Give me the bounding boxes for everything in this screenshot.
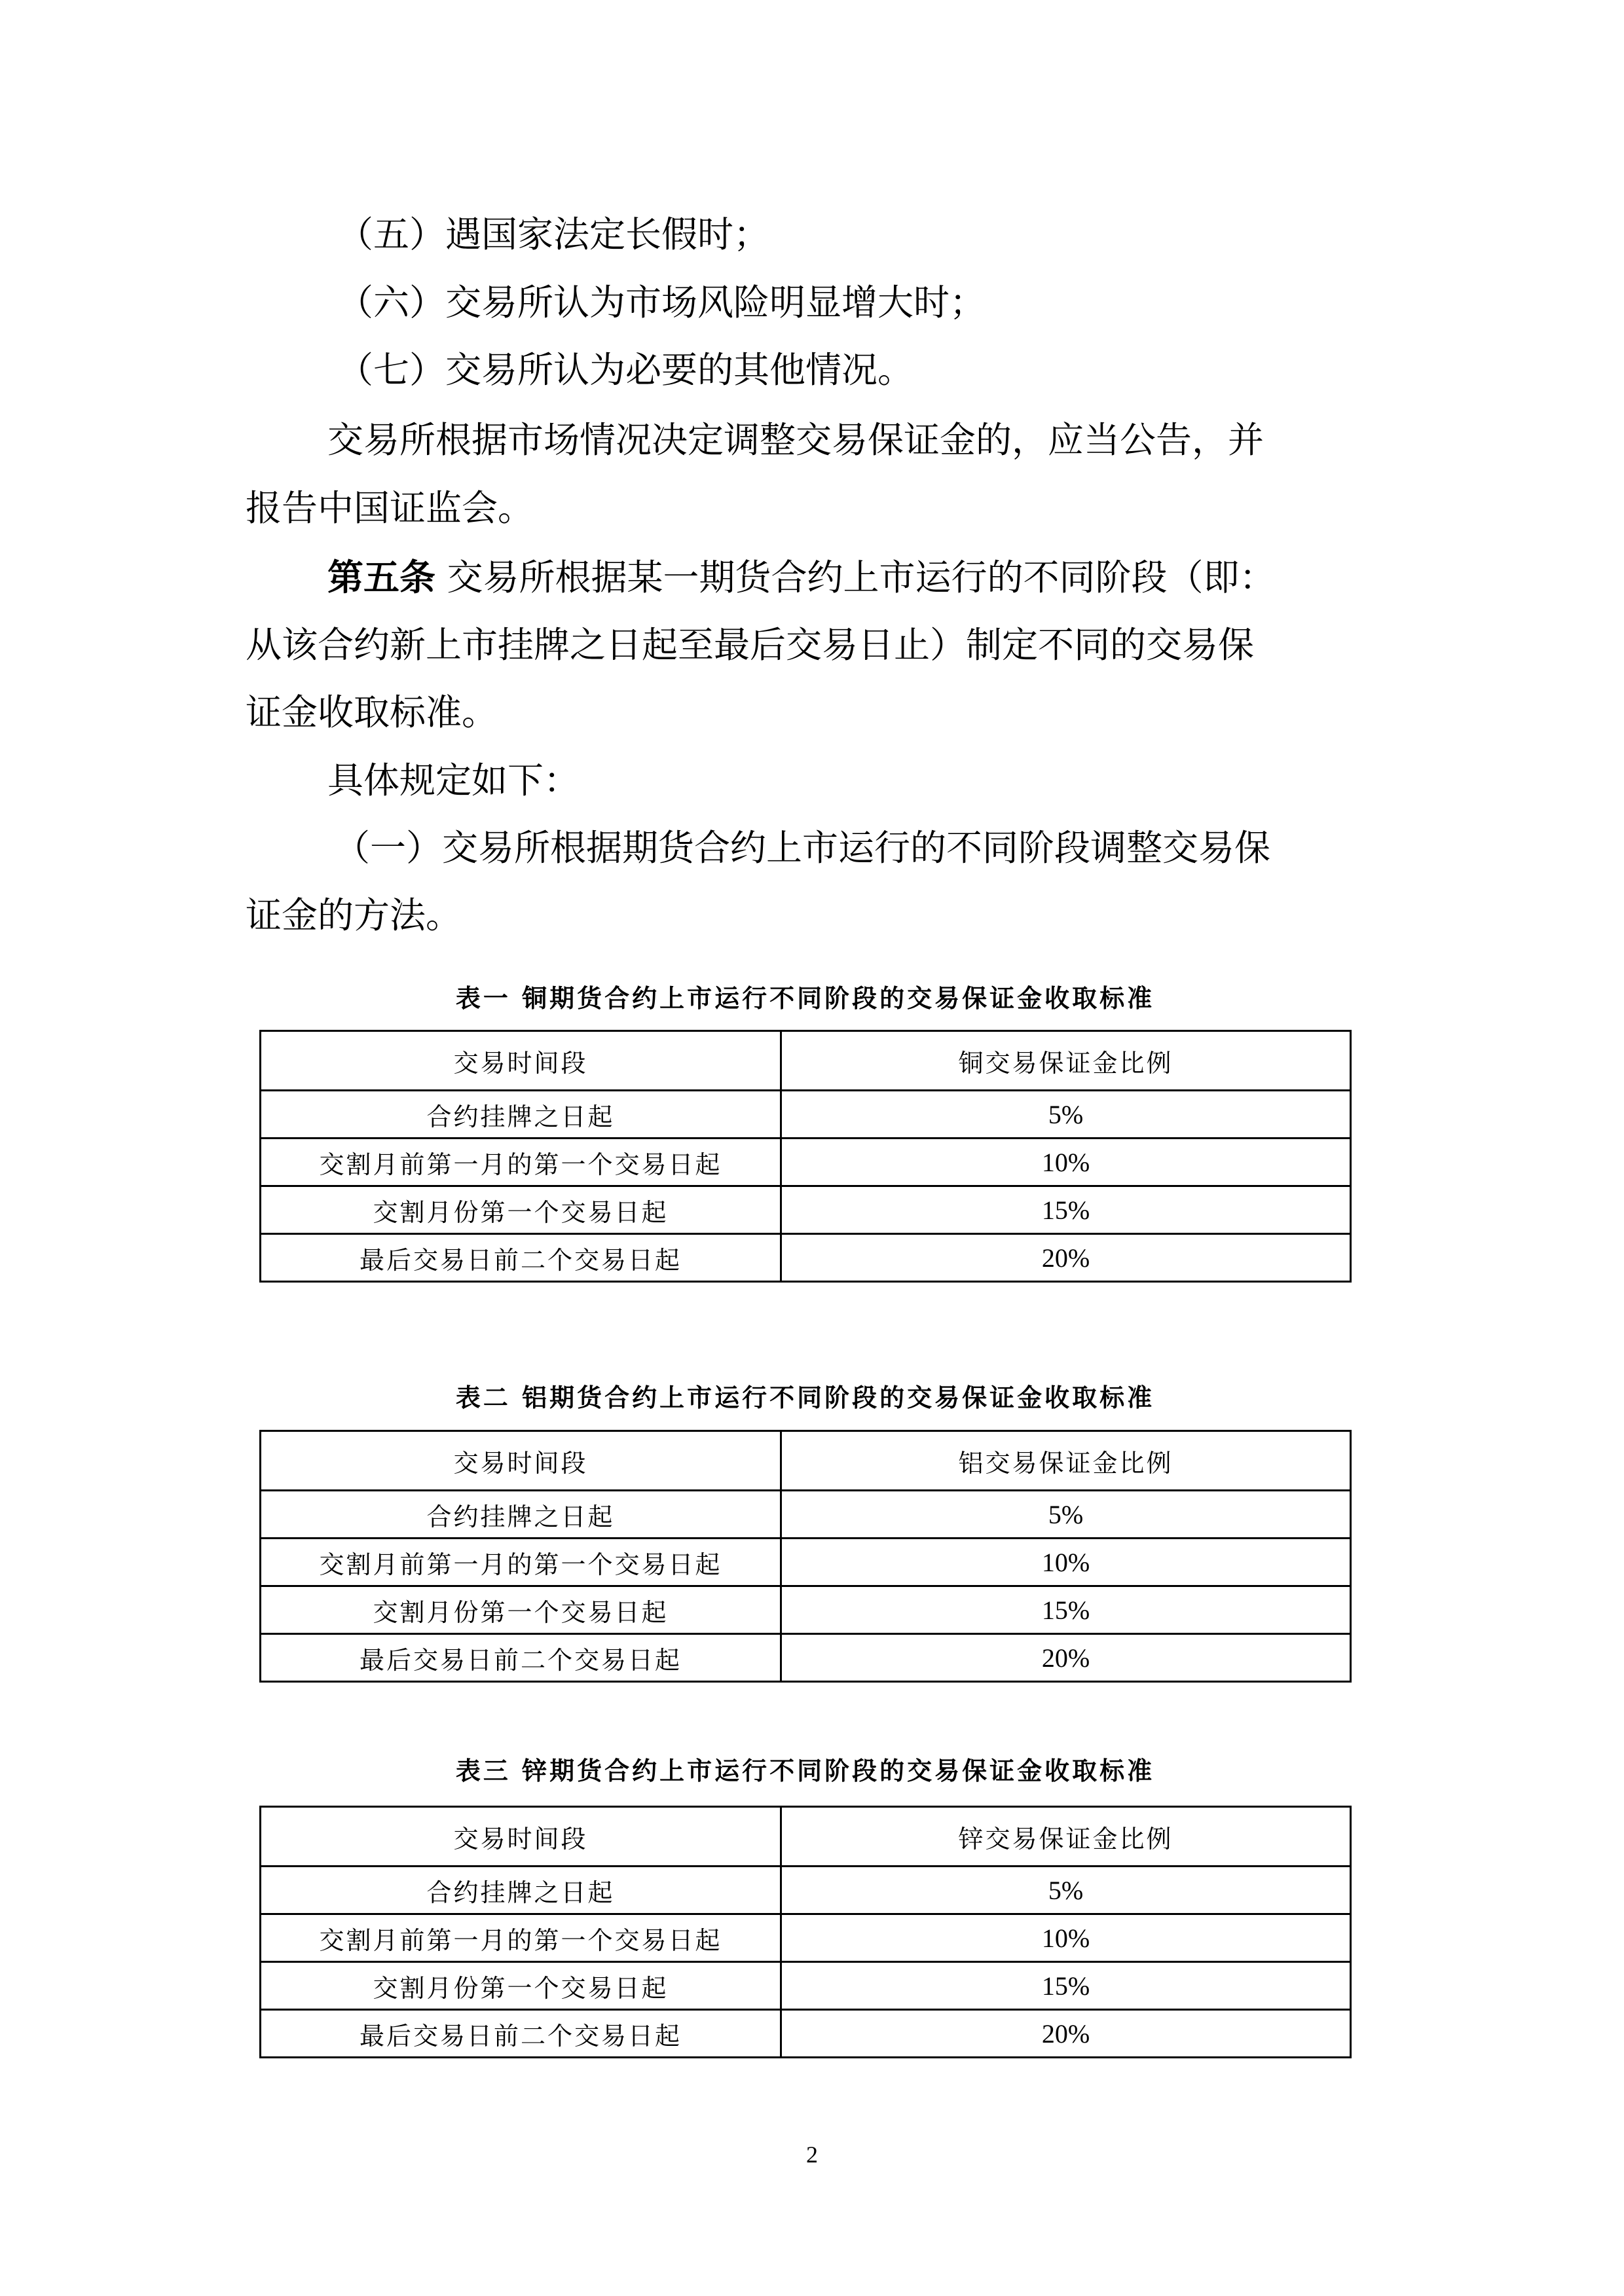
table-row: 最后交易日前二个交易日起 20% [261,1234,1351,1282]
sub-item-1-line-1: （一）交易所根据期货合约上市运行的不同阶段调整交易保 [334,828,1270,867]
paragraph-item-6: （六）交易所认为市场风险明显增大时； [337,283,986,322]
table-row: 合约挂牌之日起 5% [261,1491,1351,1539]
cell-period: 交割月份第一个交易日起 [261,1186,781,1234]
cell-ratio: 5% [781,1491,1351,1539]
table-3-caption: 表三 锌期货合约上市运行不同阶段的交易保证金收取标准 [259,1757,1351,1785]
cell-ratio: 5% [781,1867,1351,1914]
table-row: 合约挂牌之日起 5% [261,1867,1351,1914]
cell-period: 合约挂牌之日起 [261,1491,781,1539]
article-5-line-2: 从该合约新上市挂牌之日起至最后交易日止）制定不同的交易保 [246,625,1254,665]
cell-ratio: 5% [781,1091,1351,1139]
paragraph-adjust-line-2: 报告中国证监会。 [246,488,534,528]
cell-period: 最后交易日前二个交易日起 [261,2010,781,2058]
table-header-row: 交易时间段 铝交易保证金比例 [261,1431,1351,1491]
table-row: 交割月前第一月的第一个交易日起 10% [261,1539,1351,1586]
table-row: 交割月前第一月的第一个交易日起 10% [261,1914,1351,1962]
cell-ratio: 20% [781,1634,1351,1682]
table-aluminum-margin: 交易时间段 铝交易保证金比例 合约挂牌之日起 5% 交割月前第一月的第一个交易日… [259,1430,1352,1683]
cell-ratio: 15% [781,1586,1351,1634]
cell-period: 交割月份第一个交易日起 [261,1586,781,1634]
table-row: 最后交易日前二个交易日起 20% [261,2010,1351,2058]
document-page: （五）遇国家法定长假时； （六）交易所认为市场风险明显增大时； （七）交易所认为… [0,0,1624,2296]
article-5-heading: 第五条 [327,556,435,598]
cell-ratio: 20% [781,2010,1351,2058]
header-margin-ratio: 铜交易保证金比例 [781,1031,1351,1091]
table-2-caption: 表二 铝期货合约上市运行不同阶段的交易保证金收取标准 [259,1383,1351,1412]
cell-ratio: 10% [781,1139,1351,1186]
header-margin-ratio: 铝交易保证金比例 [781,1431,1351,1491]
cell-ratio: 10% [781,1539,1351,1586]
cell-ratio: 20% [781,1234,1351,1282]
table-1-caption: 表一 铜期货合约上市运行不同阶段的交易保证金收取标准 [259,984,1351,1013]
cell-period: 合约挂牌之日起 [261,1867,781,1914]
cell-ratio: 10% [781,1914,1351,1962]
table-row: 交割月前第一月的第一个交易日起 10% [261,1139,1351,1186]
paragraph-specific: 具体规定如下： [327,761,580,800]
paragraph-adjust-line-1: 交易所根据市场情况决定调整交易保证金的，应当公告，并 [327,420,1264,460]
cell-ratio: 15% [781,1186,1351,1234]
table-row: 最后交易日前二个交易日起 20% [261,1634,1351,1682]
cell-ratio: 15% [781,1962,1351,2010]
cell-period: 交割月份第一个交易日起 [261,1962,781,2010]
cell-period: 最后交易日前二个交易日起 [261,1634,781,1682]
cell-period: 合约挂牌之日起 [261,1091,781,1139]
cell-period: 最后交易日前二个交易日起 [261,1234,781,1282]
header-margin-ratio: 锌交易保证金比例 [781,1807,1351,1867]
paragraph-item-5: （五）遇国家法定长假时； [337,215,769,254]
table-header-row: 交易时间段 铜交易保证金比例 [261,1031,1351,1091]
table-copper-margin: 交易时间段 铜交易保证金比例 合约挂牌之日起 5% 交割月前第一月的第一个交易日… [259,1030,1352,1283]
article-5-line-3: 证金收取标准。 [246,693,498,732]
table-header-row: 交易时间段 锌交易保证金比例 [261,1807,1351,1867]
page-number: 2 [0,2141,1624,2168]
sub-item-1-line-2: 证金的方法。 [246,896,462,935]
table-row: 交割月份第一个交易日起 15% [261,1186,1351,1234]
header-trading-period: 交易时间段 [261,1807,781,1867]
table-row: 合约挂牌之日起 5% [261,1091,1351,1139]
table-row: 交割月份第一个交易日起 15% [261,1962,1351,2010]
header-trading-period: 交易时间段 [261,1031,781,1091]
table-zinc-margin: 交易时间段 锌交易保证金比例 合约挂牌之日起 5% 交割月前第一月的第一个交易日… [259,1806,1352,2058]
paragraph-item-7: （七）交易所认为必要的其他情况。 [337,350,913,390]
table-row: 交割月份第一个交易日起 15% [261,1586,1351,1634]
cell-period: 交割月前第一月的第一个交易日起 [261,1539,781,1586]
cell-period: 交割月前第一月的第一个交易日起 [261,1139,781,1186]
article-5-line-1-text: 交易所根据某一期货合约上市运行的不同阶段（即： [435,556,1275,598]
cell-period: 交割月前第一月的第一个交易日起 [261,1914,781,1962]
header-trading-period: 交易时间段 [261,1431,781,1491]
article-5-line-1: 第五条 交易所根据某一期货合约上市运行的不同阶段（即： [327,558,1276,597]
